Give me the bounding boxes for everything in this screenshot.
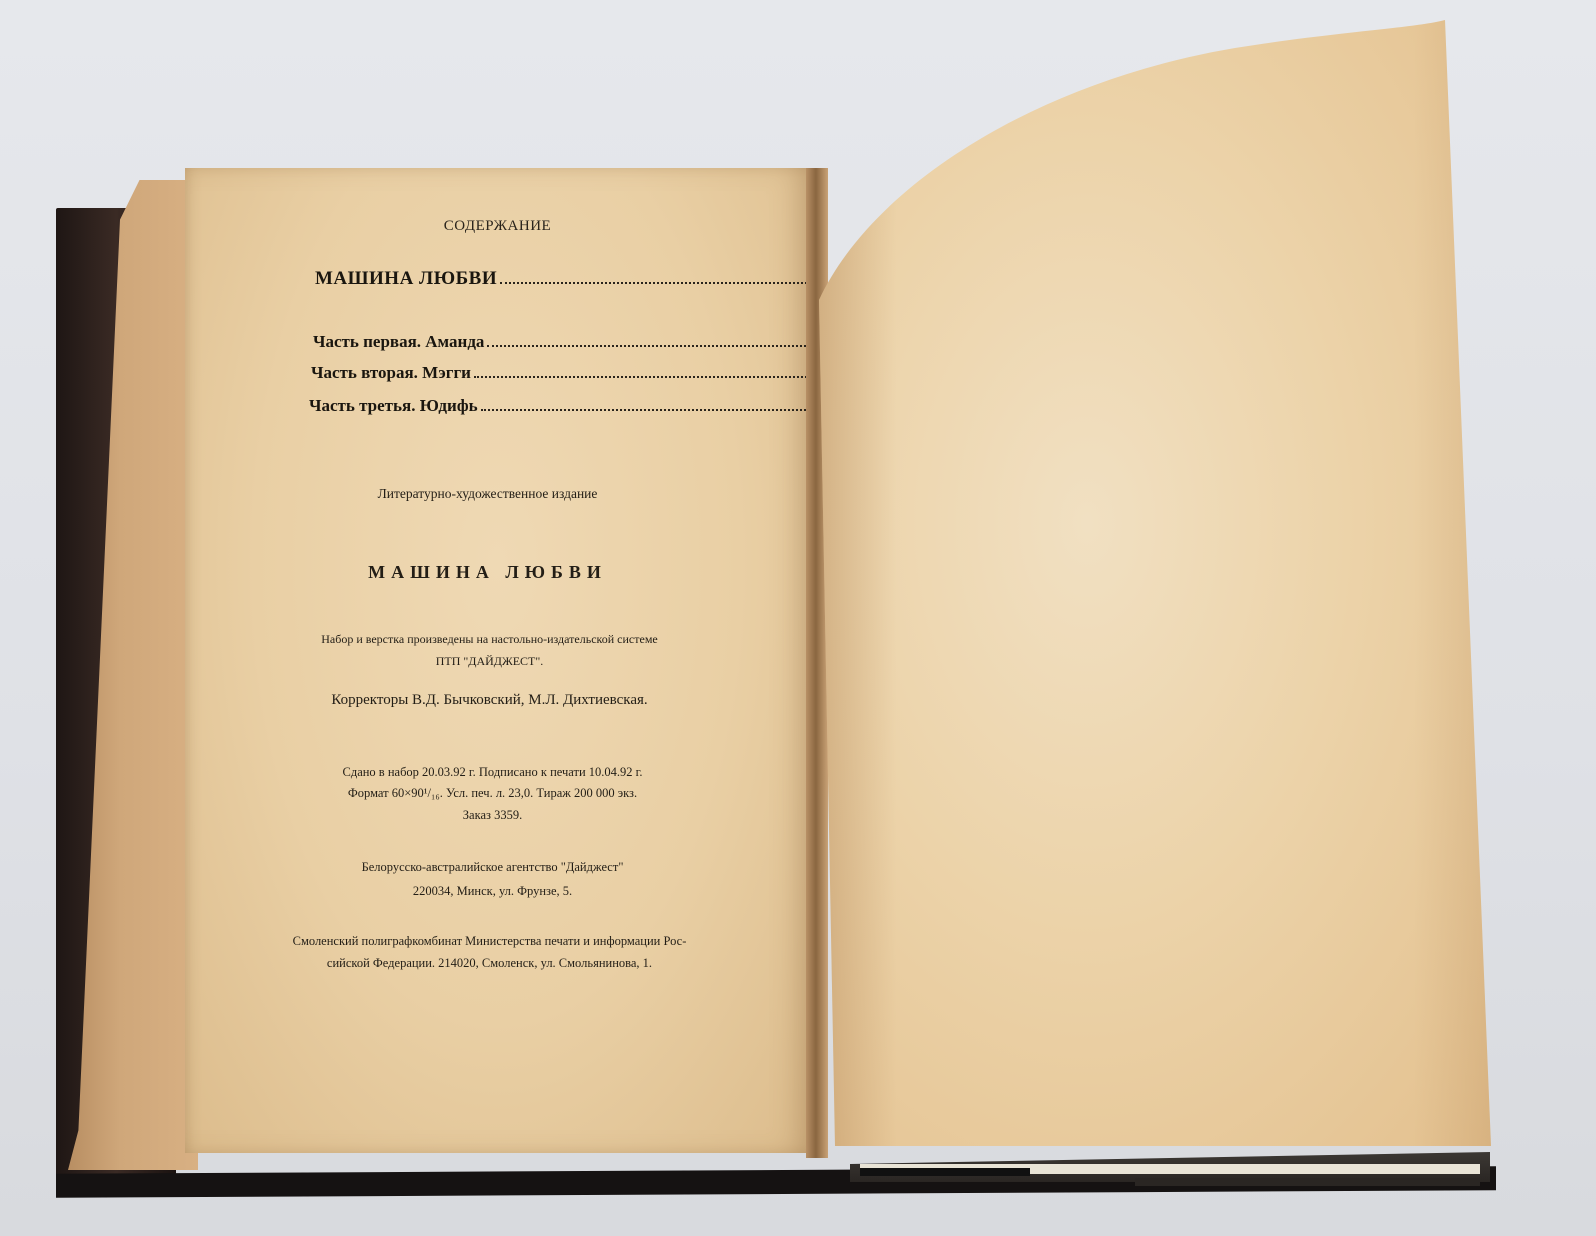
printer-info: Смоленский полиграфкомбинат Министерства…: [177, 934, 802, 949]
print-format: Формат 60×90¹/₁₆. Усл. печ. л. 23,0. Тир…: [180, 786, 805, 801]
dot-leader: [474, 376, 863, 378]
book-photo-scene: СОДЕРЖАНИЕ МАШИНА ЛЮБВИ 3 Часть первая. …: [0, 0, 1596, 1236]
toc-heading: СОДЕРЖАНИЕ: [185, 218, 810, 235]
toc-entry-title: Часть первая. Аманда: [313, 332, 484, 352]
correctors: Корректоры В.Д. Бычковский, М.Л. Дихтиев…: [177, 692, 802, 709]
toc-entry: Часть первая. Аманда 5: [313, 332, 873, 352]
printer-info: сийской Федерации. 214020, Смоленск, ул.…: [177, 956, 802, 971]
right-page-blank: [815, 10, 1495, 1150]
publisher-agency: Белорусско-австралийское агентство "Дайд…: [180, 860, 805, 875]
page-content: СОДЕРЖАНИЕ МАШИНА ЛЮБВИ 3 Часть первая. …: [185, 168, 810, 1153]
typeset-system: ПТП "ДАЙДЖЕСТ".: [177, 654, 802, 669]
publisher-address: 220034, Минск, ул. Фрунзе, 5.: [180, 884, 805, 899]
toc-entry: МАШИНА ЛЮБВИ 3: [315, 268, 880, 290]
toc-entry-title: Часть третья. Юдифь: [309, 396, 478, 416]
typeset-note: Набор и верстка произведены на настольно…: [177, 632, 802, 647]
spine-tape-dark: [860, 1168, 1030, 1176]
imprint-title: МАШИНА ЛЮБВИ: [175, 562, 800, 583]
edition-type: Литературно-художественное издание: [175, 486, 800, 502]
toc-entry-title: МАШИНА ЛЮБВИ: [315, 268, 497, 290]
order-number: Заказ 3359.: [180, 808, 805, 823]
left-page: СОДЕРЖАНИЕ МАШИНА ЛЮБВИ 3 Часть первая. …: [185, 168, 810, 1153]
spine-tape-dark: [1135, 1178, 1480, 1186]
toc-entry: Часть вторая. Мэгги 144: [311, 363, 891, 383]
print-dates: Сдано в набор 20.03.92 г. Подписано к пе…: [180, 765, 805, 780]
toc-entry-title: Часть вторая. Мэгги: [311, 363, 471, 383]
